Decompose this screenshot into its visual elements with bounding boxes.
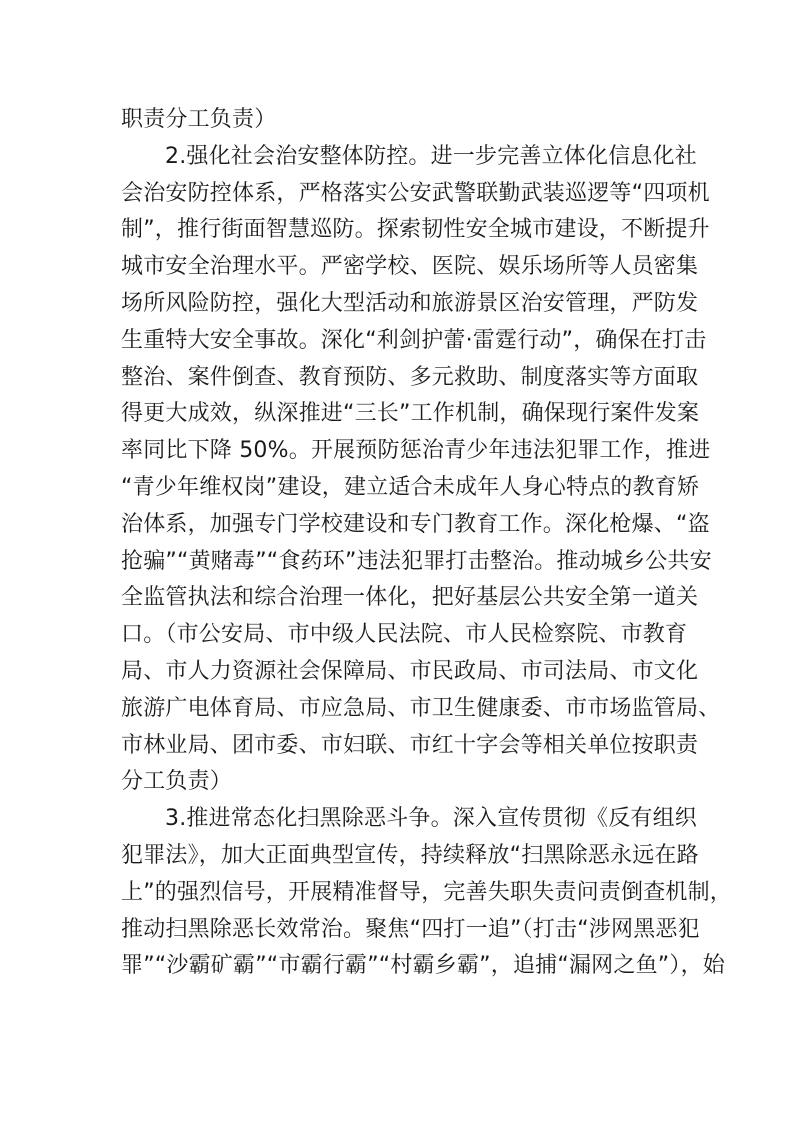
paragraph-item-3-anti-gang: 3.推进常态化扫黑除恶斗争。深入宣传贯彻《反有组织 犯罪法》，加大正面典型宣传，… bbox=[121, 801, 675, 985]
text-line: 分工负责） bbox=[121, 764, 675, 801]
text-line: 生重特大安全事故。深化“利剑护蕾·雷霆行动”，确保在打击 bbox=[121, 323, 675, 360]
text-line: 抢骗”“黄赌毒”“食药环”违法犯罪打击整治。推动城乡公共安 bbox=[121, 544, 675, 581]
text-line: 口。（市公安局、市中级人民法院、市人民检察院、市教育 bbox=[121, 617, 675, 654]
text-line: “青少年维权岗”建设，建立适合未成年人身心特点的教育矫 bbox=[121, 470, 675, 507]
text-line: 场所风险防控，强化大型活动和旅游景区治安管理，严防发 bbox=[121, 286, 675, 323]
text-line: 局、市人力资源社会保障局、市民政局、市司法局、市文化 bbox=[121, 654, 675, 691]
text-line: 旅游广电体育局、市应急局、市卫生健康委、市市场监管局、 bbox=[121, 691, 675, 728]
document-page: 职责分工负责） 2.强化社会治安整体防控。进一步完善立体化信息化社 会治安防控体… bbox=[121, 102, 675, 985]
text-line: 会治安防控体系，严格落实公安武警联勤武装巡逻等“四项机 bbox=[121, 176, 675, 213]
text-line: 职责分工负责） bbox=[121, 102, 675, 139]
text-line: 3.推进常态化扫黑除恶斗争。深入宣传贯彻《反有组织 bbox=[121, 801, 675, 838]
text-line: 整治、案件倒查、教育预防、多元救助、制度落实等方面取 bbox=[121, 360, 675, 397]
text-line: 治体系，加强专门学校建设和专门教育工作。深化枪爆、“盗 bbox=[121, 507, 675, 544]
text-line: 罪”“沙霸矿霸”“市霸行霸”“村霸乡霸”，追捕“漏网之鱼”），始 bbox=[121, 948, 675, 985]
text-line: 上”的强烈信号，开展精准督导，完善失职失责问责倒查机制， bbox=[121, 875, 675, 912]
text-line: 犯罪法》，加大正面典型宣传，持续释放“扫黑除恶永远在路 bbox=[121, 838, 675, 875]
text-line: 得更大成效，纵深推进“三长”工作机制，确保现行案件发案 bbox=[121, 396, 675, 433]
paragraph-continuation: 职责分工负责） bbox=[121, 102, 675, 139]
text-line: 推动扫黑除恶长效常治。聚焦“四打一追”（打击“涉网黑恶犯 bbox=[121, 912, 675, 949]
text-line: 率同比下降 50%。开展预防惩治青少年违法犯罪工作，推进 bbox=[121, 433, 675, 470]
text-line: 市林业局、团市委、市妇联、市红十字会等相关单位按职责 bbox=[121, 728, 675, 765]
text-line: 制”，推行街面智慧巡防。探索韧性安全城市建设，不断提升 bbox=[121, 212, 675, 249]
paragraph-item-2-social-security: 2.强化社会治安整体防控。进一步完善立体化信息化社 会治安防控体系，严格落实公安… bbox=[121, 139, 675, 801]
text-line: 2.强化社会治安整体防控。进一步完善立体化信息化社 bbox=[121, 139, 675, 176]
text-line: 城市安全治理水平。严密学校、医院、娱乐场所等人员密集 bbox=[121, 249, 675, 286]
text-line: 全监管执法和综合治理一体化，把好基层公共安全第一道关 bbox=[121, 580, 675, 617]
